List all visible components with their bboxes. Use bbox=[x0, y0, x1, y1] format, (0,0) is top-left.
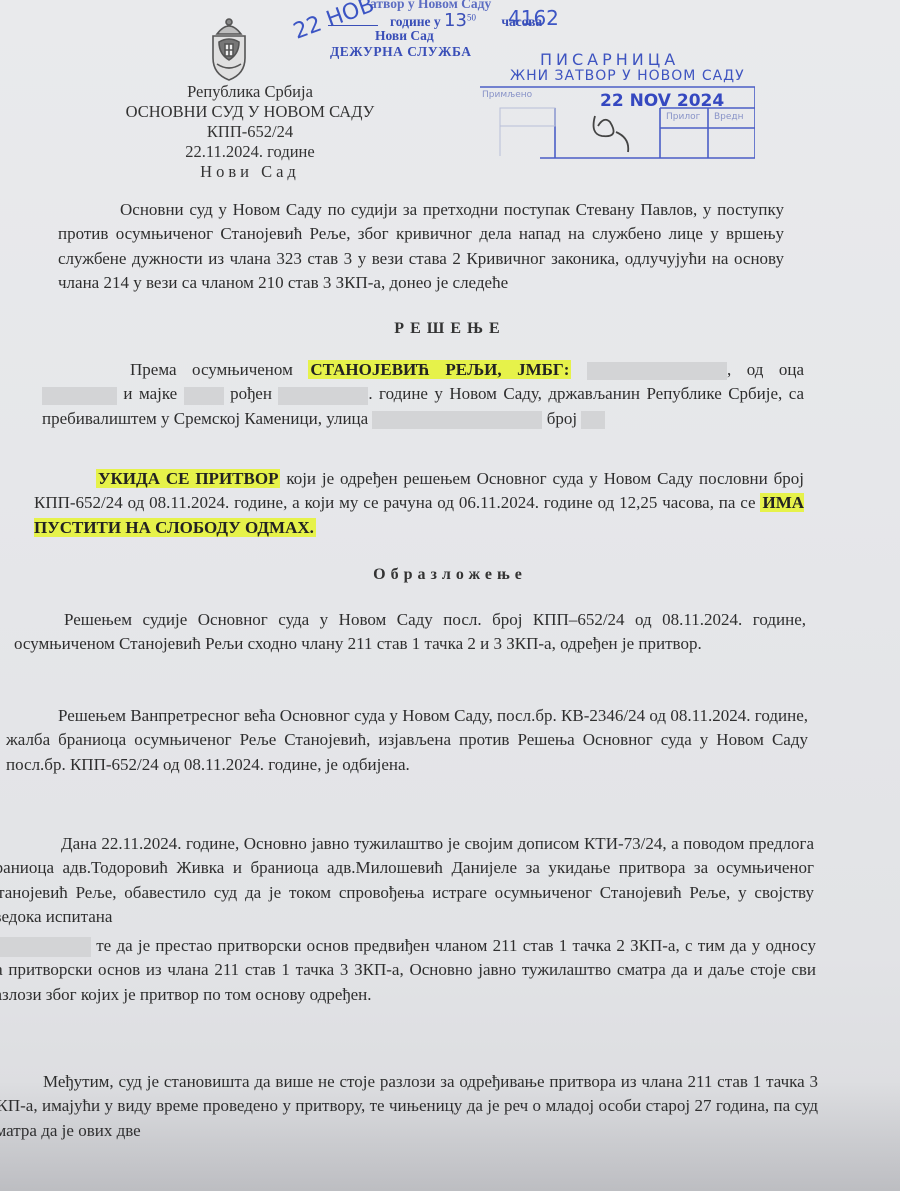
redacted-jmbg bbox=[587, 362, 727, 380]
redacted-mother-name bbox=[184, 387, 224, 405]
text: , од оца bbox=[727, 360, 804, 379]
received-label: Примљено bbox=[482, 90, 532, 100]
court-name: ОСНОВНИ СУД У НОВОМ САДУ bbox=[70, 102, 430, 122]
stamp-hours-label: часова bbox=[501, 14, 542, 29]
handwritten-date: 22 НОВ bbox=[290, 0, 377, 45]
stamp-line-4: ДЕЖУРНА СЛУЖБА bbox=[330, 44, 471, 60]
decision-paragraph-2: УКИДА СЕ ПРИТВОР који је одређен решењем… bbox=[34, 467, 804, 540]
reasoning-paragraph-3: Дана 22.11.2024. године, Основно јавно т… bbox=[0, 832, 814, 930]
redacted-house-number bbox=[581, 411, 605, 429]
handwritten-time: 13 bbox=[444, 10, 467, 31]
text: и мајке bbox=[123, 384, 177, 403]
reasoning-paragraph-1: Решењем судије Основног суда у Новом Сад… bbox=[14, 608, 806, 657]
republic-name: Република Србија bbox=[70, 82, 430, 102]
registry-stamp: ПИСАРНИЦА ЖНИ ЗАТВОР У НОВОМ САДУ Примље… bbox=[480, 48, 760, 168]
decision-title: РЕШЕЊЕ bbox=[0, 320, 900, 338]
stamp-year-label: године у bbox=[390, 14, 441, 29]
underline bbox=[328, 25, 378, 26]
redacted-father-name bbox=[42, 387, 117, 405]
reasoning-paragraph-2: Решењем Ванпретресног већа Основног суда… bbox=[6, 704, 808, 777]
registry-date: 22 NOV 2024 bbox=[600, 91, 724, 111]
coat-of-arms-icon bbox=[205, 14, 253, 82]
text: рођен bbox=[230, 384, 272, 403]
case-number: КПП-652/24 bbox=[70, 122, 430, 142]
reasoning-paragraph-5: Међутим, суд је становишта да више не ст… bbox=[0, 1070, 818, 1143]
value-column-label: Вредн bbox=[714, 112, 744, 122]
reasoning-title: Образложење bbox=[0, 566, 900, 584]
text: Према осумњиченом bbox=[130, 360, 293, 379]
reasoning-paragraph-4: те да је престао притворски основ предви… bbox=[0, 934, 816, 1007]
detention-revoked-highlight: УКИДА СЕ ПРИТВОР bbox=[96, 469, 280, 488]
decision-paragraph-1: Према осумњиченом СТАНОЈЕВИЋ РЕЉИ, ЈМБГ:… bbox=[42, 358, 804, 431]
redacted-street bbox=[372, 411, 542, 429]
text: број bbox=[547, 409, 577, 428]
registry-title: ПИСАРНИЦА bbox=[540, 50, 679, 69]
handwritten-minutes: 50 bbox=[467, 13, 476, 23]
document-date: 22.11.2024. године bbox=[70, 142, 430, 162]
stamp-line-3: Нови Сад bbox=[375, 28, 434, 44]
text: те да је престао притворски основ предви… bbox=[0, 936, 816, 1004]
city: Нови Сад bbox=[70, 162, 430, 182]
redacted-witness-name bbox=[0, 937, 91, 957]
court-header: Република Србија ОСНОВНИ СУД У НОВОМ САД… bbox=[70, 82, 430, 182]
redacted-birth-date bbox=[278, 387, 368, 405]
suspect-name-highlight: СТАНОЈЕВИЋ РЕЉИ, ЈМБГ: bbox=[308, 360, 571, 379]
intro-paragraph: Основни суд у Новом Саду по судији за пр… bbox=[58, 198, 784, 296]
attachment-column-label: Прилог bbox=[666, 112, 700, 122]
registry-subtitle: ЖНИ ЗАТВОР У НОВОМ САДУ bbox=[510, 68, 745, 84]
